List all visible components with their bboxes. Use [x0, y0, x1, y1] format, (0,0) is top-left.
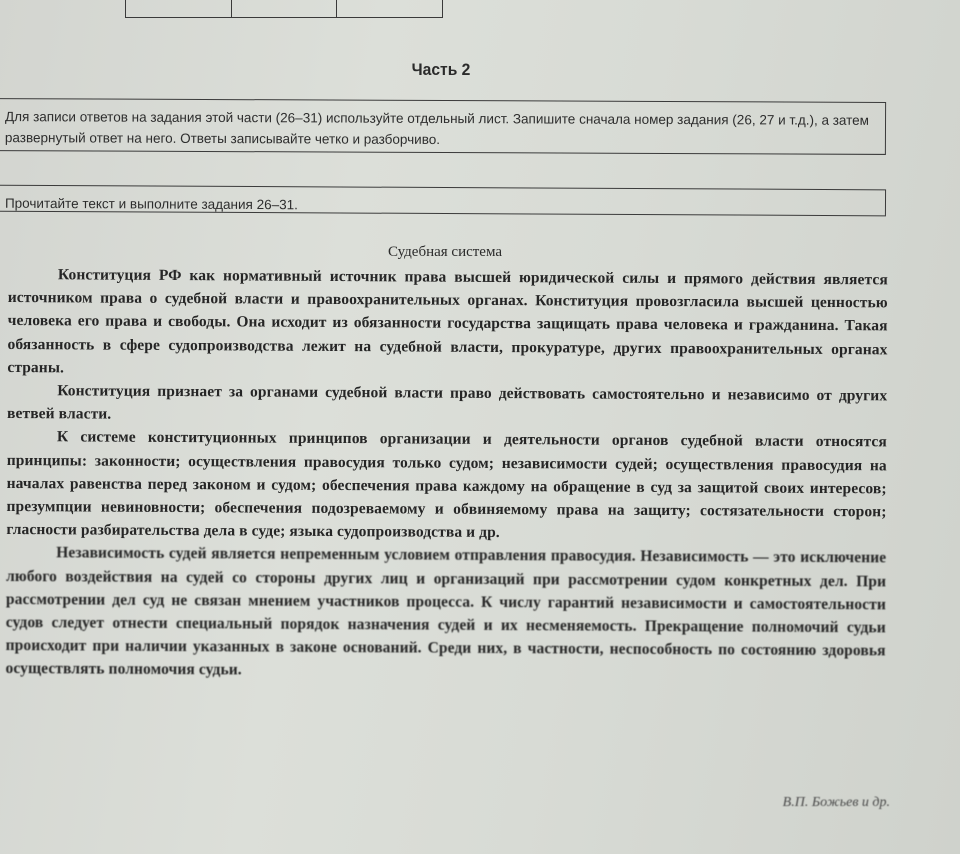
exam-page: Часть 2 Для записи ответов на задания эт…	[0, 0, 960, 854]
table-cell	[232, 0, 338, 17]
table-cell	[337, 0, 442, 17]
article-body: Конституция РФ как нормативный источник …	[5, 263, 888, 686]
article-paragraph: Конституция РФ как нормативный источник …	[7, 263, 888, 384]
task-prompt-box: Прочитайте текст и выполните задания 26–…	[0, 185, 886, 217]
article-paragraph: Конституция признает за органами судебно…	[7, 379, 887, 431]
article-author: В.П. Божьев и др.	[783, 795, 890, 811]
table-cell	[126, 0, 232, 17]
article-paragraph: Независимость судей является непременным…	[5, 541, 886, 686]
part-title: Часть 2	[35, 60, 846, 80]
article-title: Судебная система	[0, 244, 890, 261]
article-paragraph: К системе конституционных принципов орга…	[6, 425, 887, 546]
instructions-box: Для записи ответов на задания этой части…	[0, 98, 886, 155]
answer-table-fragment	[125, 0, 443, 18]
